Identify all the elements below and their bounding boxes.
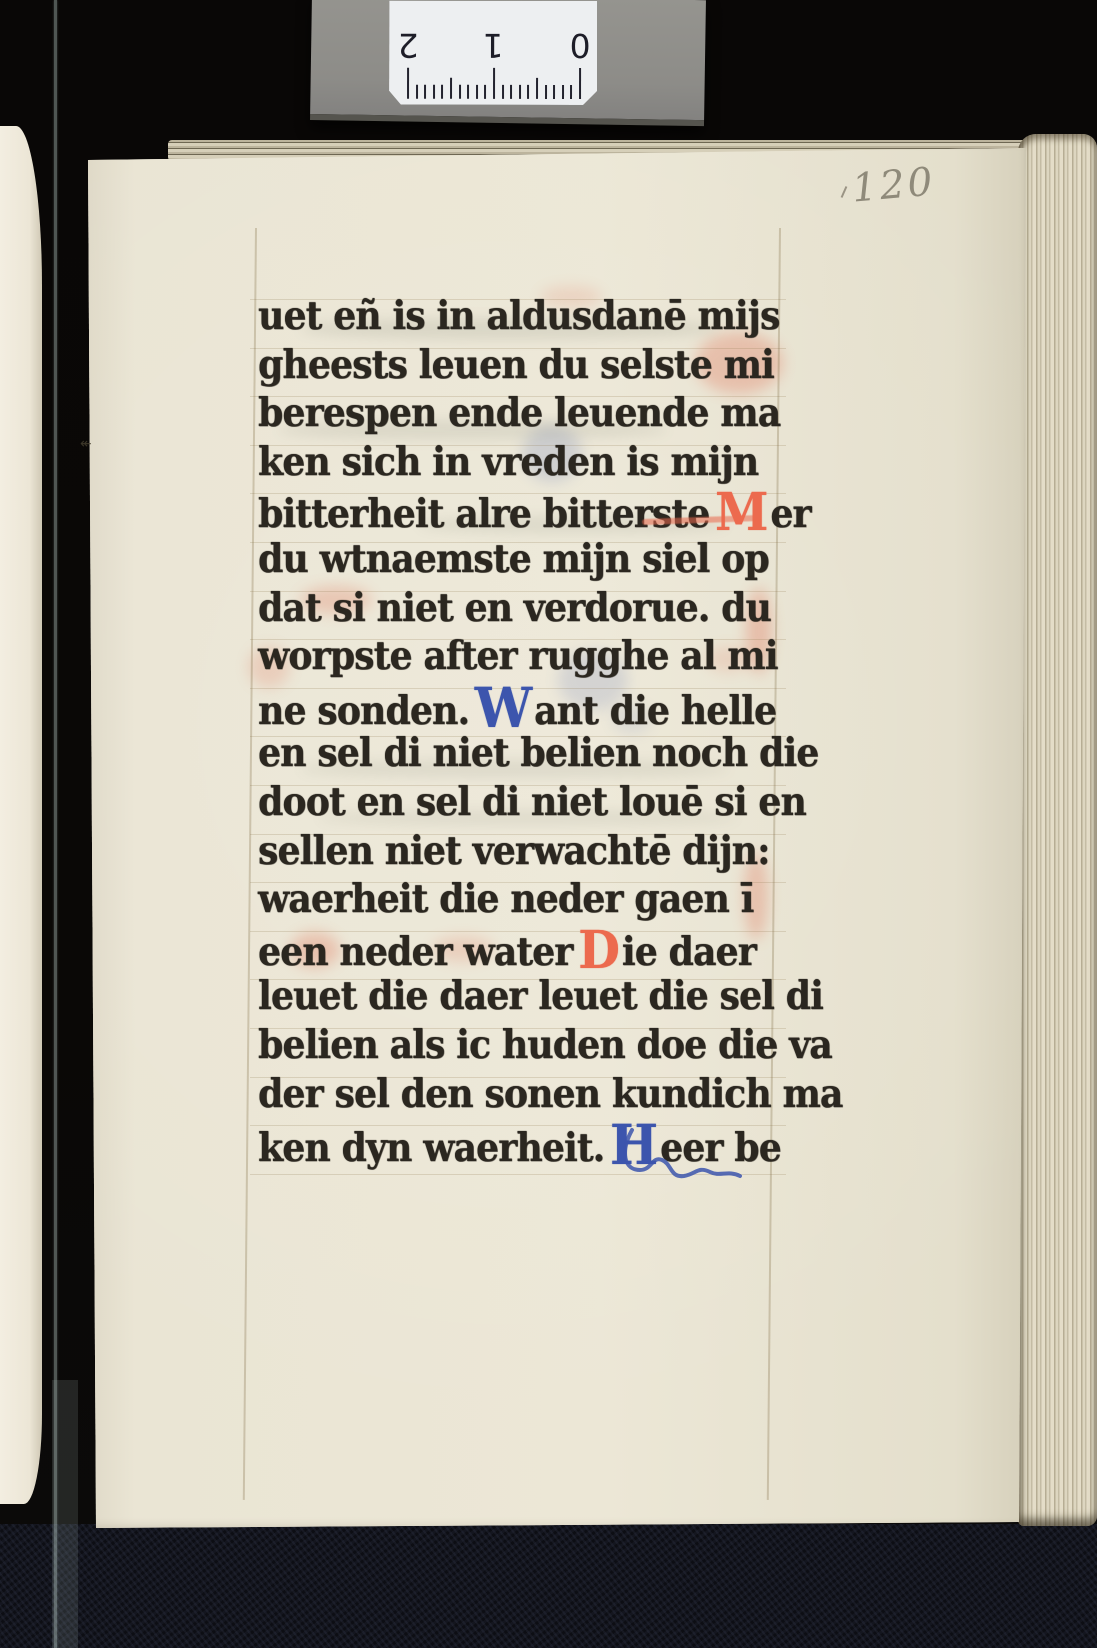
debris-speck [88,144,116,156]
fore-edge-page-stack [1018,134,1097,1526]
manuscript-line: uet eñ is in aldusdanē mijs [258,292,760,341]
text-segment: sellen niet verwachtē dijn: [258,828,770,874]
manuscript-line: ne sonden.Want die helle [258,681,760,730]
manuscript-line: berespen ende leuende ma [258,389,760,438]
text-segment: ie daer [622,929,756,975]
text-segment: berespen ende leuende ma [258,390,780,436]
text-segment: uet eñ is in aldusdanē mijs [258,293,779,339]
text-segment: en sel di niet belien noch die [258,730,818,776]
manuscript-line: leuet die daer leuet die sel di [258,972,760,1021]
glass-plate-reflection [52,1380,78,1648]
ruler-tick [562,85,564,99]
debris-speck [122,150,138,157]
photograph-stage: 0 1 2 [0,0,1097,1648]
ruler-tick [433,85,435,99]
ruler-number-2: 2 [393,26,423,65]
margin-ink-mark: ↞ [80,440,92,449]
manuscript-line: ken sich in vreden is mijn [258,438,760,487]
ruler-tick [459,85,461,99]
text-segment: er [770,491,810,537]
folio-number: 120 [850,159,937,211]
calibration-ruler-card: 0 1 2 [310,0,706,126]
text-segment: der sel den sonen kundich ma [258,1071,843,1117]
text-segment: bitterheit alre bitterste [258,491,709,537]
ruler-tick [476,85,478,99]
ruler-tick [407,68,409,99]
calibration-ruler: 0 1 2 [389,1,597,105]
ruler-tick [493,68,495,99]
ruler-tick [484,85,486,99]
ruler-number-1: 1 [478,26,508,65]
text-segment: belien als ic huden doe die va [258,1022,832,1068]
ruler-tick [467,85,469,99]
text-segment: worpste after rugghe al mi [258,633,778,679]
ruler-scale: 0 1 2 [389,1,597,105]
manuscript-line: een neder waterDie daer [258,924,760,973]
ruler-tick [570,85,572,99]
text-segment: dat si niet en verdorue. du [258,585,771,631]
text-segment: waerheit die neder gaen ī [258,876,753,922]
manuscript-line: doot en sel di niet louē si en [258,778,760,827]
text-segment: leuet die daer leuet die sel di [258,973,823,1019]
manuscript-line: du wtnaemste mijn siel op [258,535,760,584]
text-segment: ken dyn waerheit. [258,1125,604,1171]
manuscript-line: der sel den sonen kundich ma [258,1070,760,1119]
facing-page-edge [0,126,42,1504]
ruler-tick [579,68,581,99]
ruler-tick [519,85,521,99]
manuscript-line: gheests leuen du selste mi [258,341,760,390]
manuscript-line: sellen niet verwachtē dijn: [258,827,760,876]
text-segment: ant die helle [534,688,776,734]
ruler-tick [527,85,529,99]
ruler-tick [510,85,512,99]
ruler-tick [416,85,418,99]
text-block: uet eñ is in aldusdanē mijsgheests leuen… [258,292,798,1167]
ruler-tick [424,85,426,99]
ruler-tick [441,85,443,99]
initial-flourish [618,1126,778,1194]
text-segment: doot en sel di niet louē si en [258,779,806,825]
text-segment: gheests leuen du selste mi [258,342,774,388]
text-segment: een neder water [258,929,572,975]
ruler-tick [536,78,538,99]
manuscript-line: dat si niet en verdorue. du [258,584,760,633]
cradle-fabric [0,1524,1097,1648]
text-segment: du wtnaemste mijn siel op [258,536,769,582]
ruler-tick [502,85,504,99]
ruler-tick [450,78,452,99]
ruler-tick [545,85,547,99]
manuscript-line: en sel di niet belien noch die [258,729,760,778]
text-segment: ken sich in vreden is mijn [258,439,758,485]
manuscript-line: worpste after rugghe al mi [258,632,760,681]
ruler-number-0: 0 [565,26,595,65]
manuscript-line: waerheit die neder gaen ī [258,875,760,924]
text-segment: ne sonden. [258,688,469,734]
ruler-tick [553,85,555,99]
manuscript-line: bitterheit alre bittersteMer [258,486,760,535]
manuscript-line: belien als ic huden doe die va [258,1021,760,1070]
